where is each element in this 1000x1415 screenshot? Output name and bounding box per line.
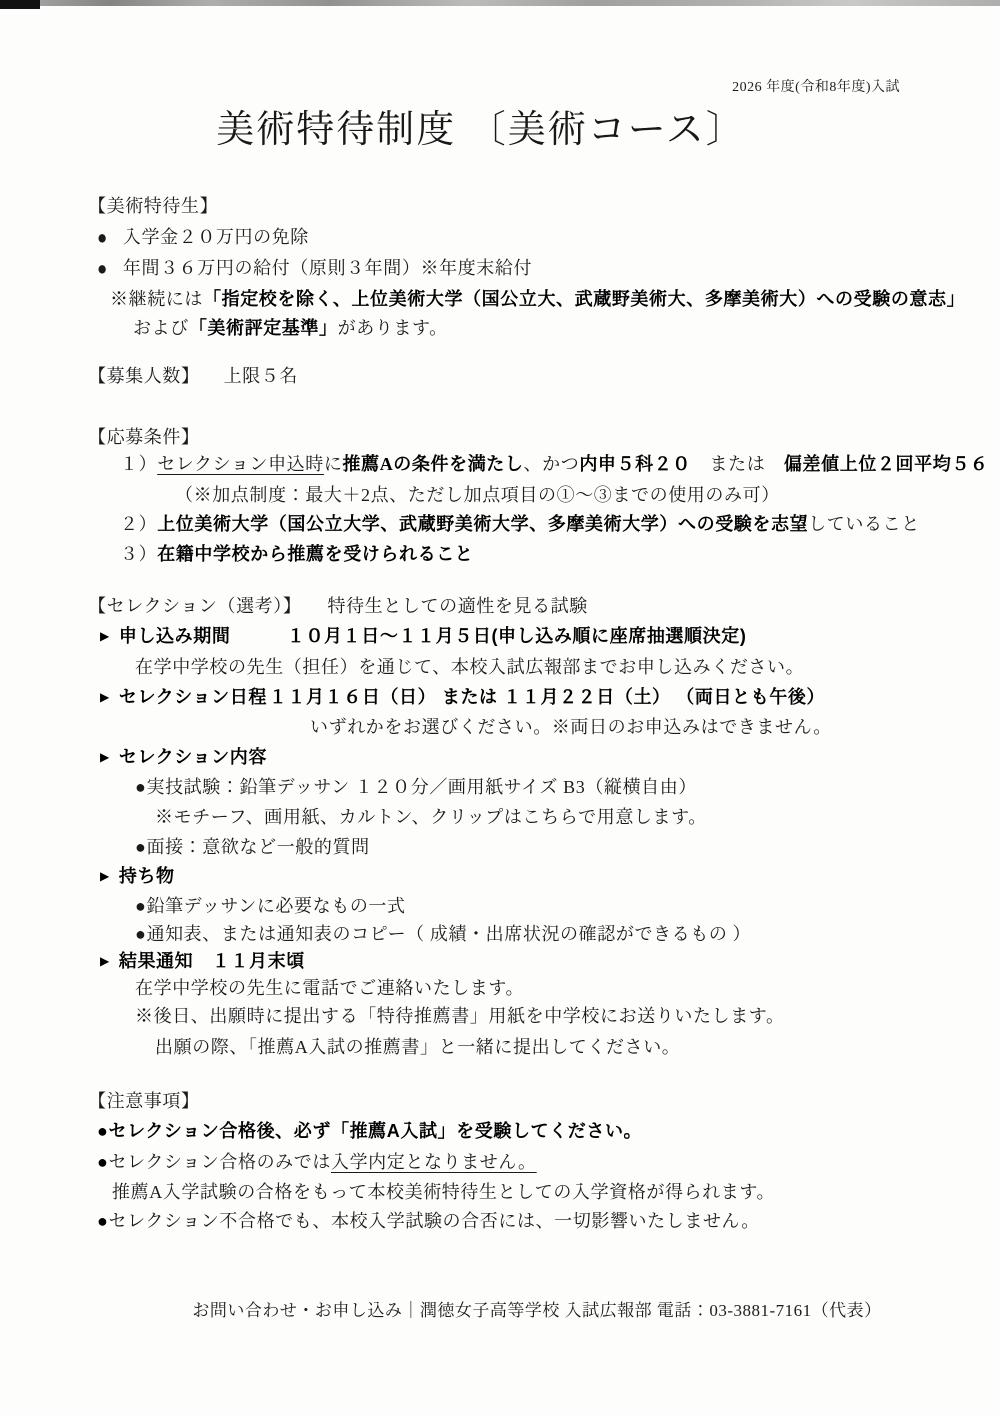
scan-artifact-corner	[0, 0, 40, 9]
contact-footer: お問い合わせ・お申し込み｜潤徳女子高等学校 入試広報部 電話：03-3881-7…	[0, 1296, 1000, 1321]
section-heading-cautions: 【注意事項】	[88, 1091, 200, 1112]
item-2-text: していること	[808, 514, 920, 534]
arrow-icon: ▶	[100, 870, 110, 884]
items-1-text: 鉛筆デッサンに必要なもの一式	[146, 896, 405, 916]
section-selection-heading: 【セレクション（選考）】特待生としての適性を見る試験	[88, 596, 588, 617]
section-capacity: 【募集人数】上限５名	[88, 366, 298, 387]
selection-heading-sub: 特待生としての適性を見る試験	[327, 596, 587, 616]
note2-post-text: があります。	[338, 318, 448, 338]
note2-pre-text: および	[133, 318, 189, 338]
caution-3-text: セレクション不合格でも、本校入学試験の合否には、一切影響いたしません。	[108, 1211, 759, 1231]
edition-label: 2026 年度(令和8年度)入試	[732, 76, 900, 96]
arrow-icon: ▶	[100, 751, 110, 765]
items-item-2: ●通知表、または通知表のコピー（ 成績・出席状況の確認ができるもの ）	[135, 924, 751, 945]
bullet-icon: ●	[97, 227, 108, 249]
item-1-t2: 、かつ	[524, 454, 580, 474]
content-item-1-note: ※モチーフ、画用紙、カルトン、クリップはこちらで用意します。	[155, 807, 707, 828]
caution-2-underlined: 入学内定となりません。	[331, 1152, 537, 1172]
selection-heading-text: 【セレクション（選考）】	[88, 596, 301, 616]
eligibility-item-2: ２）上位美術大学（国公立大学、武蔵野美術大学、多摩美術大学）への受験を志望してい…	[120, 514, 920, 535]
result-note-1: 在学中学校の先生に電話でご連絡いたします。	[135, 978, 524, 999]
eligibility-item-3: ３）在籍中学校から推薦を受けられること	[120, 544, 473, 565]
scan-artifact-strip	[0, 0, 1000, 6]
selection-period-row: ▶申し込み期間１０月１日～１１月５日(申し込み順に座席抽選順決定)	[100, 626, 746, 647]
content-item-2: ●面接：意欲など一般的質問	[135, 837, 370, 858]
bullet-icon: ●	[135, 837, 146, 857]
bullet-icon: ●	[97, 1121, 108, 1141]
section-heading-capacity: 【募集人数】	[88, 366, 200, 386]
benefit-2-text: 年間３６万円の給付（原則３年間）※年度末給付	[123, 258, 532, 278]
section-heading-scholar: 【美術特待生】	[88, 196, 218, 217]
item-3-number: ３）	[120, 544, 157, 564]
items-item-1: ●鉛筆デッサンに必要なもの一式	[135, 896, 406, 917]
period-label: 申し込み期間	[119, 626, 287, 647]
result-label: 結果通知 １１月末頃	[119, 951, 305, 971]
content-1-text: 実技試験：鉛筆デッサン １２０分／画用紙サイズ B3（縦横自由）	[146, 777, 697, 797]
item-1-t1: に	[324, 454, 343, 474]
benefit-line-2: ●年間３６万円の給付（原則３年間）※年度末給付	[97, 258, 532, 279]
eligibility-item-1-note: （※加点制度：最大＋2点、ただし加点項目の①～③までの使用のみ可）	[175, 485, 780, 506]
date-value: １１月１６日（日） または １１月２２日（土） （両日とも午後）	[269, 687, 825, 707]
items-2-text: 通知表、または通知表のコピー（ 成績・出席状況の確認ができるもの ）	[146, 924, 751, 944]
note-pre-text: ※継続には	[110, 289, 203, 309]
items-label: 持ち物	[119, 866, 175, 886]
period-note: 在学中学校の先生（担任）を通じて、本校入試広報部までお申し込みください。	[135, 657, 804, 678]
item-2-number: ２）	[120, 514, 157, 534]
caution-2-sub: 推薦A入学試験の合格をもって本校美術特待生としての入学資格が得られます。	[112, 1182, 775, 1203]
item-2-bold: 上位美術大学（国公立大学、武蔵野美術大学、多摩美術大学）への受験を志望	[157, 514, 808, 534]
scholar-note-line-2: および「美術評定基準」があります。	[133, 318, 448, 339]
date-label: セレクション日程	[119, 687, 269, 708]
caution-1: ●セレクション合格後、必ず「推薦A入試」を受験してください。	[97, 1121, 642, 1142]
bullet-icon: ●	[135, 777, 146, 797]
capacity-value: 上限５名	[224, 366, 298, 386]
document-page: 2026 年度(令和8年度)入試 美術特待制度 〔美術コース〕 【美術特待生】 …	[0, 0, 1000, 1415]
caution-2: ●セレクション合格のみでは入学内定となりません。	[97, 1152, 537, 1173]
caution-1-text: セレクション合格後、必ず「推薦A入試」を受験してください。	[108, 1121, 642, 1141]
content-2-text: 面接：意欲など一般的質問	[146, 837, 369, 857]
bullet-icon: ●	[135, 896, 146, 916]
bullet-icon: ●	[97, 1152, 108, 1172]
section-heading-eligibility: 【応募条件】	[88, 427, 200, 448]
result-note-3: 出願の際、「推薦A入試の推薦書」と一緒に提出してください。	[155, 1037, 680, 1058]
selection-content-row: ▶セレクション内容	[100, 747, 267, 768]
note2-bold-text: 「美術評定基準」	[189, 318, 338, 338]
note-bold-text: 「指定校を除く、上位美術大学（国公立大、武蔵野美術大、多摩美術大）への受験の意志…	[203, 289, 965, 309]
item-1-bold-3: 偏差値上位２回平均５６	[784, 454, 989, 474]
content-label: セレクション内容	[119, 747, 267, 767]
caution-2-pre: セレクション合格のみでは	[108, 1152, 330, 1172]
selection-result-row: ▶結果通知 １１月末頃	[100, 951, 305, 972]
arrow-icon: ▶	[100, 691, 110, 705]
bullet-icon: ●	[97, 1211, 108, 1231]
selection-date-row: ▶セレクション日程１１月１６日（日） または １１月２２日（土） （両日とも午後…	[100, 687, 825, 708]
period-value: １０月１日～１１月５日(申し込み順に座席抽選順決定)	[287, 626, 747, 646]
selection-items-row: ▶持ち物	[100, 866, 175, 887]
item-1-number: １）	[120, 454, 157, 474]
eligibility-item-1: １）セレクション申込時に推薦Aの条件を満たし、かつ内申５科２０ または 偏差値上…	[120, 454, 989, 475]
scholar-note-line-1: ※継続には「指定校を除く、上位美術大学（国公立大、武蔵野美術大、多摩美術大）への…	[110, 289, 965, 310]
item-1-t3: または	[691, 454, 784, 474]
date-note: いずれかをお選びください。※両日のお申込みはできません。	[310, 717, 832, 738]
arrow-icon: ▶	[100, 955, 110, 969]
bullet-icon: ●	[97, 258, 108, 280]
benefit-line-1: ●入学金２０万円の免除	[97, 227, 309, 248]
result-note-2: ※後日、出願時に提出する「特待推薦書」用紙を中学校にお送りいたします。	[135, 1006, 785, 1027]
item-1-bold-2: 内申５科２０	[579, 454, 691, 474]
content-item-1: ●実技試験：鉛筆デッサン １２０分／画用紙サイズ B3（縦横自由）	[135, 777, 697, 798]
item-1-underlined: セレクション申込時	[157, 454, 324, 474]
caution-3: ●セレクション不合格でも、本校入学試験の合否には、一切影響いたしません。	[97, 1211, 760, 1232]
item-3-bold: 在籍中学校から推薦を受けられること	[157, 544, 473, 564]
benefit-1-text: 入学金２０万円の免除	[123, 227, 309, 247]
arrow-icon: ▶	[100, 630, 110, 644]
page-title: 美術特待制度 〔美術コース〕	[0, 98, 1000, 153]
bullet-icon: ●	[135, 924, 146, 944]
item-1-bold-1: 推薦Aの条件を満たし	[343, 454, 524, 474]
